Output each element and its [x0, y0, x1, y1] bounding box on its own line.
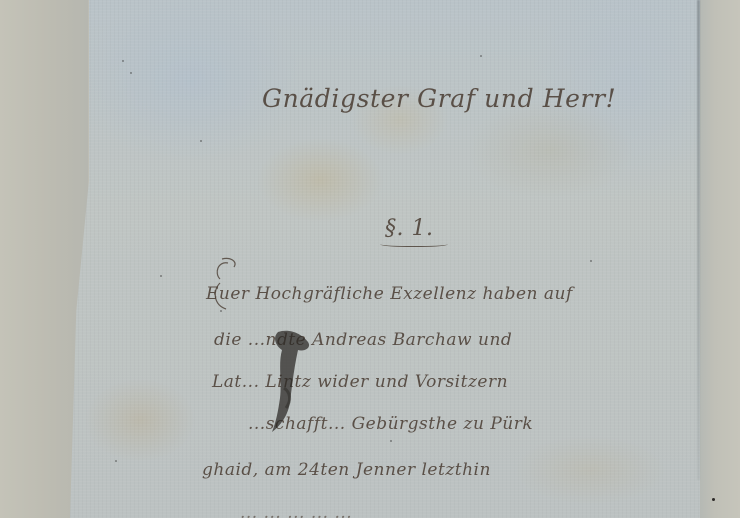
salutation-heading: Gnädigster Graf und Herr!: [262, 84, 616, 113]
section-marker: §. 1.: [385, 216, 433, 241]
ink-blot-stain: [268, 328, 316, 438]
section-underline: [380, 240, 448, 247]
paper-sheet: [70, 0, 700, 518]
body-line: ghaid, am 24ten Jenner letzthin: [202, 460, 491, 480]
body-line: die ...ndte Andreas Barchaw und: [214, 330, 512, 350]
body-line: Lat... Lintz wider und Vorsitzern: [212, 372, 508, 392]
document-scan: Gnädigster Graf und Herr! §. 1. Euer Hoc…: [0, 0, 740, 518]
body-line: Euer Hochgräfliche Exzellenz haben auf: [206, 284, 573, 304]
body-line: ... ... ... ... ...: [240, 503, 352, 518]
ink-dot: [712, 498, 715, 501]
scan-backing-right: [698, 0, 740, 518]
paper-fold-line: [697, 0, 700, 480]
